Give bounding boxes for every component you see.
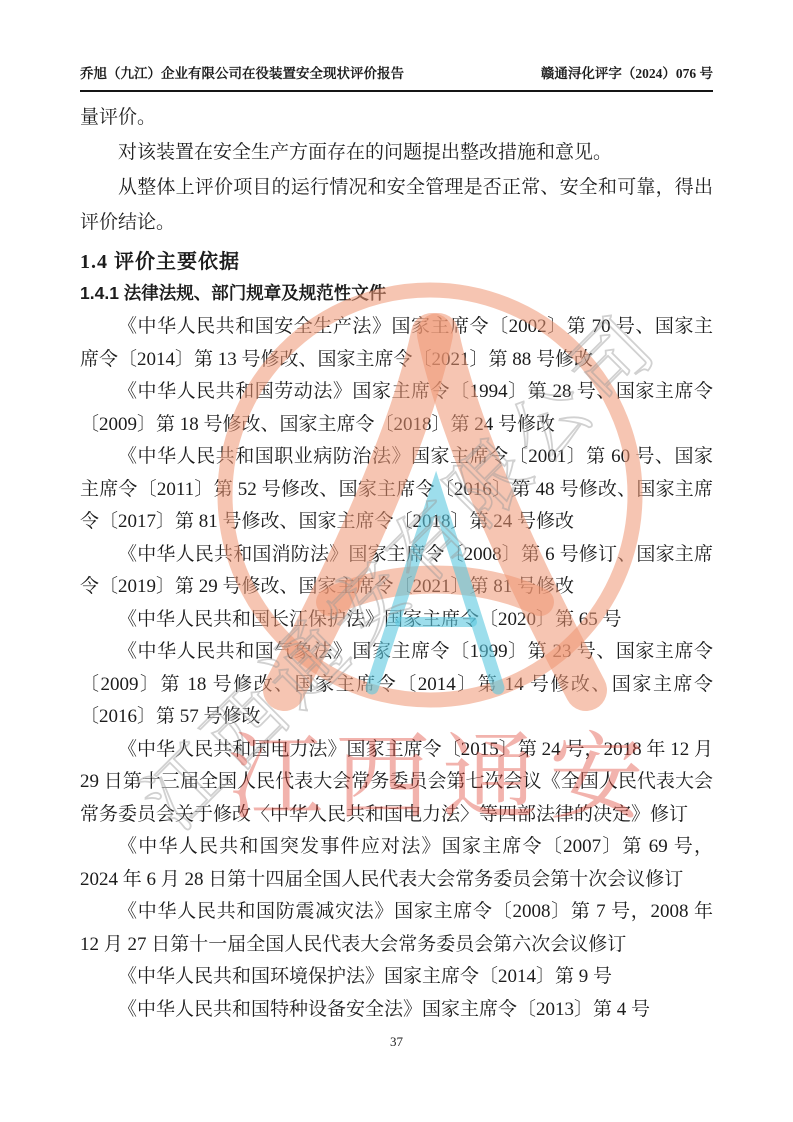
document-body: 量评价。 对该装置在安全生产方面存在的问题提出整改措施和意见。 从整体上评价项目… [80,100,713,1026]
section-heading: 1.4 评价主要依据 [80,249,713,275]
document-page: 乔旭（九江）企业有限公司在役装置安全现状评价报告 赣通浔化评字（2024）076… [0,0,793,1122]
law-item: 《中华人民共和国职业病防治法》国家主席令〔2001〕第 60 号、国家主席令〔2… [80,441,713,539]
law-item: 《中华人民共和国消防法》国家主席令〔2008〕第 6 号修订、国家主席令〔201… [80,539,713,604]
page-number: 37 [0,1034,793,1050]
law-item: 《中华人民共和国气象法》国家主席令〔1999〕第 23 号、国家主席令〔2009… [80,636,713,734]
page-header: 乔旭（九江）企业有限公司在役装置安全现状评价报告 赣通浔化评字（2024）076… [80,64,713,84]
header-rule [80,90,713,92]
subsection-heading: 1.4.1 法律法规、部门规章及规范性文件 [80,279,713,307]
law-item: 《中华人民共和国防震减灾法》国家主席令〔2008〕第 7 号，2008 年 12… [80,896,713,961]
law-item: 《中华人民共和国电力法》国家主席令〔2015〕第 24 号，2018 年 12 … [80,734,713,832]
paragraph: 从整体上评价项目的运行情况和安全管理是否正常、安全和可靠，得出评价结论。 [80,170,713,240]
paragraph: 对该装置在安全生产方面存在的问题提出整改措施和意见。 [80,135,713,170]
law-item: 《中华人民共和国特种设备安全法》国家主席令〔2013〕第 4 号 [80,994,713,1027]
header-report-title: 乔旭（九江）企业有限公司在役装置安全现状评价报告 [80,64,404,84]
law-item: 《中华人民共和国长江保护法》国家主席令〔2020〕第 65 号 [80,604,713,637]
header-doc-number: 赣通浔化评字（2024）076 号 [541,64,713,84]
law-item: 《中华人民共和国劳动法》国家主席令〔1994〕第 28 号、国家主席令〔2009… [80,376,713,441]
law-item: 《中华人民共和国安全生产法》国家主席令〔2002〕第 70 号、国家主席令〔20… [80,311,713,376]
law-item: 《中华人民共和国突发事件应对法》国家主席令〔2007〕第 69 号，2024 年… [80,831,713,896]
law-item: 《中华人民共和国环境保护法》国家主席令〔2014〕第 9 号 [80,961,713,994]
paragraph-continuation: 量评价。 [80,100,713,135]
